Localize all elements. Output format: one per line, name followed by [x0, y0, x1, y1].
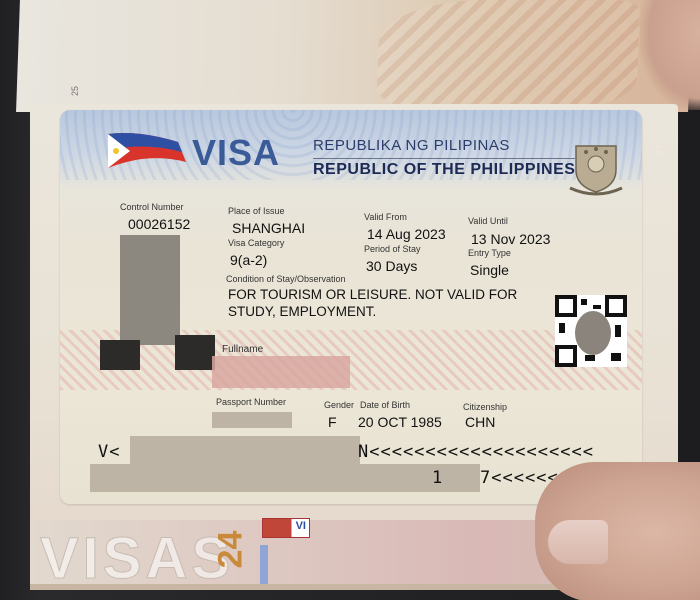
mrz-line-2-redacted-2	[450, 464, 480, 492]
page-watermark-pattern	[376, 0, 640, 110]
mini-stamp-text: VI	[296, 520, 306, 532]
visa-category-label: Visa Category	[228, 238, 284, 248]
coat-of-arms-icon	[568, 140, 624, 198]
valid-until-label: Valid Until	[468, 216, 508, 226]
passport-number-redacted	[212, 412, 292, 428]
entry-type-value: Single	[470, 262, 509, 278]
visas-watermark: VISAS	[40, 525, 234, 592]
country-name-filipino: REPUBLIKA NG PILIPINAS	[313, 137, 510, 154]
page-number-right: 24	[654, 144, 666, 156]
mrz-line-1-start: V<	[98, 442, 120, 462]
mini-visa-stamp: VI	[262, 518, 310, 538]
mrz-line-1-redacted	[130, 436, 360, 464]
blue-security-bar	[260, 545, 268, 585]
finger-top-right	[640, 0, 700, 110]
visa-category-value: 9(a-2)	[230, 252, 267, 268]
thumbnail-nail	[548, 520, 608, 564]
entry-type-label: Entry Type	[468, 248, 511, 258]
place-of-issue-value: SHANGHAI	[232, 220, 305, 236]
photo-pixelation	[120, 235, 180, 345]
gender-value: F	[328, 414, 337, 430]
control-number-label: Control Number	[120, 202, 184, 212]
philippine-flag-icon	[108, 132, 186, 170]
valid-from-value: 14 Aug 2023	[367, 226, 446, 242]
valid-until-value: 13 Nov 2023	[471, 231, 550, 247]
condition-label: Condition of Stay/Observation	[226, 274, 346, 284]
passport-number-label: Passport Number	[216, 397, 286, 407]
photo-shoulder-right	[175, 335, 215, 370]
qr-code	[555, 295, 627, 367]
holder-photo-redacted	[100, 235, 200, 370]
citizenship-label: Citizenship	[463, 402, 507, 412]
qr-code-icon	[555, 295, 627, 367]
period-of-stay-value: 30 Days	[366, 258, 417, 274]
mrz-line-2-redacted	[90, 464, 450, 492]
page-number-bottom: 24	[211, 531, 250, 569]
citizenship-value: CHN	[465, 414, 495, 430]
mrz-line-2-visible: 1	[432, 468, 443, 488]
visa-title: VISA	[192, 132, 280, 174]
passport-page-top	[16, 0, 692, 112]
control-number-value: 00026152	[128, 216, 190, 232]
valid-from-label: Valid From	[364, 212, 407, 222]
period-of-stay-label: Period of Stay	[364, 244, 421, 254]
gender-label: Gender	[324, 400, 354, 410]
date-of-birth-value: 20 OCT 1985	[358, 414, 442, 430]
fullname-label: Fullname	[222, 344, 263, 355]
photo-shoulder-left	[100, 340, 140, 370]
condition-line-1: FOR TOURISM OR LEISURE. NOT VALID FOR	[228, 287, 517, 302]
mrz-line-1-end: N<<<<<<<<<<<<<<<<<<<<	[358, 442, 594, 462]
fullname-redacted	[212, 356, 350, 388]
date-of-birth-label: Date of Birth	[360, 400, 410, 410]
visa-sticker: VISA REPUBLIKA NG PILIPINAS REPUBLIC OF …	[60, 110, 642, 504]
place-of-issue-label: Place of Issue	[228, 206, 285, 216]
country-name-english: REPUBLIC OF THE PHILIPPINES	[313, 158, 575, 179]
page-number-top: 25	[70, 86, 80, 96]
condition-line-2: STUDY, EMPLOYMENT.	[228, 304, 376, 319]
